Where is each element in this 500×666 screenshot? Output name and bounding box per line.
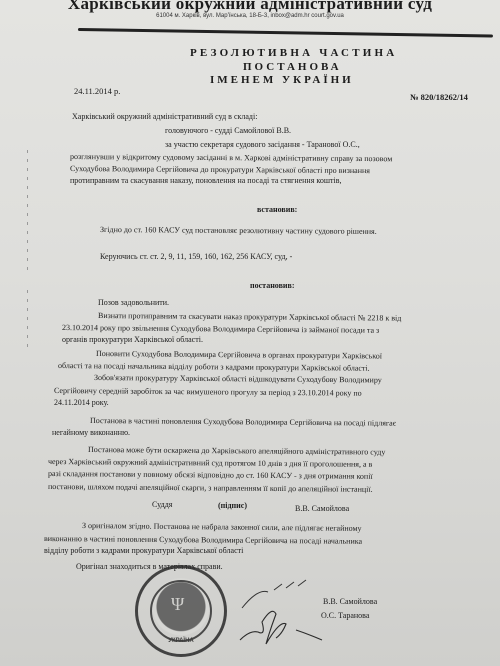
- certification-line: виконанню в частині поновлення Суходубов…: [44, 534, 362, 546]
- intro-line: протиправним та скасування наказу, понов…: [70, 176, 342, 185]
- resolved-line: Сергійовичу середній заробіток за час ви…: [54, 386, 362, 398]
- signature-note: (підпис): [218, 501, 247, 510]
- resolved-line: 23.10.2014 року про звільнення Суходубов…: [62, 323, 379, 335]
- doc-title-line3: ІМЕНЕМ УКРАЇНИ: [210, 74, 354, 86]
- case-number: № 820/18262/14: [410, 92, 468, 102]
- doc-title-line2: ПОСТАНОВА: [243, 61, 342, 73]
- court-address: 61004 м. Харків, вул. Мар'їнська, 18-Б-3…: [0, 13, 500, 19]
- resolved-line: органів прокуратури Харківської області.: [62, 335, 203, 344]
- resolved-line: Зобов'язати прокуратуру Харківської обла…: [94, 373, 382, 385]
- resolved-line: Постанова в частині поновлення Суходубов…: [90, 416, 396, 428]
- resolved-line: області та на посаді начальника відділу …: [58, 361, 370, 373]
- section-heading-resolved: постановив:: [250, 281, 295, 290]
- certification-line: відділу роботи з кадрами прокуратури Хар…: [44, 546, 243, 555]
- resolved-line: Визнати протиправним та скасувати наказ …: [98, 311, 401, 323]
- seal-text: УКРАЇНА: [138, 638, 224, 644]
- resolved-line: негайному виконанню.: [52, 428, 130, 437]
- intro-line: головуючого - судді Самойлової В.В.: [165, 126, 291, 135]
- resolved-line: Поновити Суходубова Володимира Сергійови…: [96, 349, 382, 360]
- resolved-line: постанови, шляхом подачі апеляційної ска…: [48, 482, 373, 494]
- trident-emblem-icon: Ψ: [171, 594, 184, 615]
- official-seal: Ψ УКРАЇНА: [135, 565, 227, 657]
- binding-marks: [27, 290, 28, 350]
- resolved-line: Постанова може бути оскаржена до Харківс…: [88, 445, 385, 457]
- header-divider: [78, 28, 493, 38]
- intro-line: Харківський окружний адміністративний су…: [72, 112, 257, 121]
- handwritten-signature-icon: [236, 600, 326, 650]
- intro-line: Суходубова Володимира Сергійовича до про…: [70, 164, 370, 175]
- resolved-line: разі складання постанови у повному обсяз…: [48, 469, 373, 481]
- document-page: Харківський окружний адміністративний су…: [0, 0, 500, 666]
- established-paragraph: Керуючись ст. ст. 2, 9, 11, 159, 160, 16…: [100, 252, 292, 261]
- document-date: 24.11.2014 р.: [74, 86, 120, 96]
- court-name: Харківський окружний адміністративний су…: [0, 0, 500, 14]
- intro-line: розглянувши у відкритому судовому засіда…: [70, 152, 392, 163]
- established-paragraph: Згідно до ст. 160 КАСУ суд постановляє р…: [100, 225, 377, 236]
- resolved-line: 24.11.2014 року.: [54, 398, 109, 407]
- intro-line: за участю секретаря судового засідання -…: [165, 140, 360, 149]
- resolved-line: Позов задовольнити.: [98, 298, 169, 307]
- judge-name: В.В. Самойлова: [295, 504, 349, 513]
- certifier-name: В.В. Самойлова: [323, 597, 377, 606]
- certifier-name: О.С. Таранова: [321, 611, 369, 620]
- judge-role: Суддя: [152, 500, 172, 509]
- binding-marks: [27, 150, 28, 270]
- resolved-line: через Харківський окружний адміністратив…: [48, 457, 372, 469]
- section-heading-established: встановив:: [257, 205, 297, 214]
- doc-title-line1: РЕЗОЛЮТИВНА ЧАСТИНА: [190, 47, 397, 59]
- certification-line: З оригіналом згідно. Постанова не набрал…: [82, 521, 362, 533]
